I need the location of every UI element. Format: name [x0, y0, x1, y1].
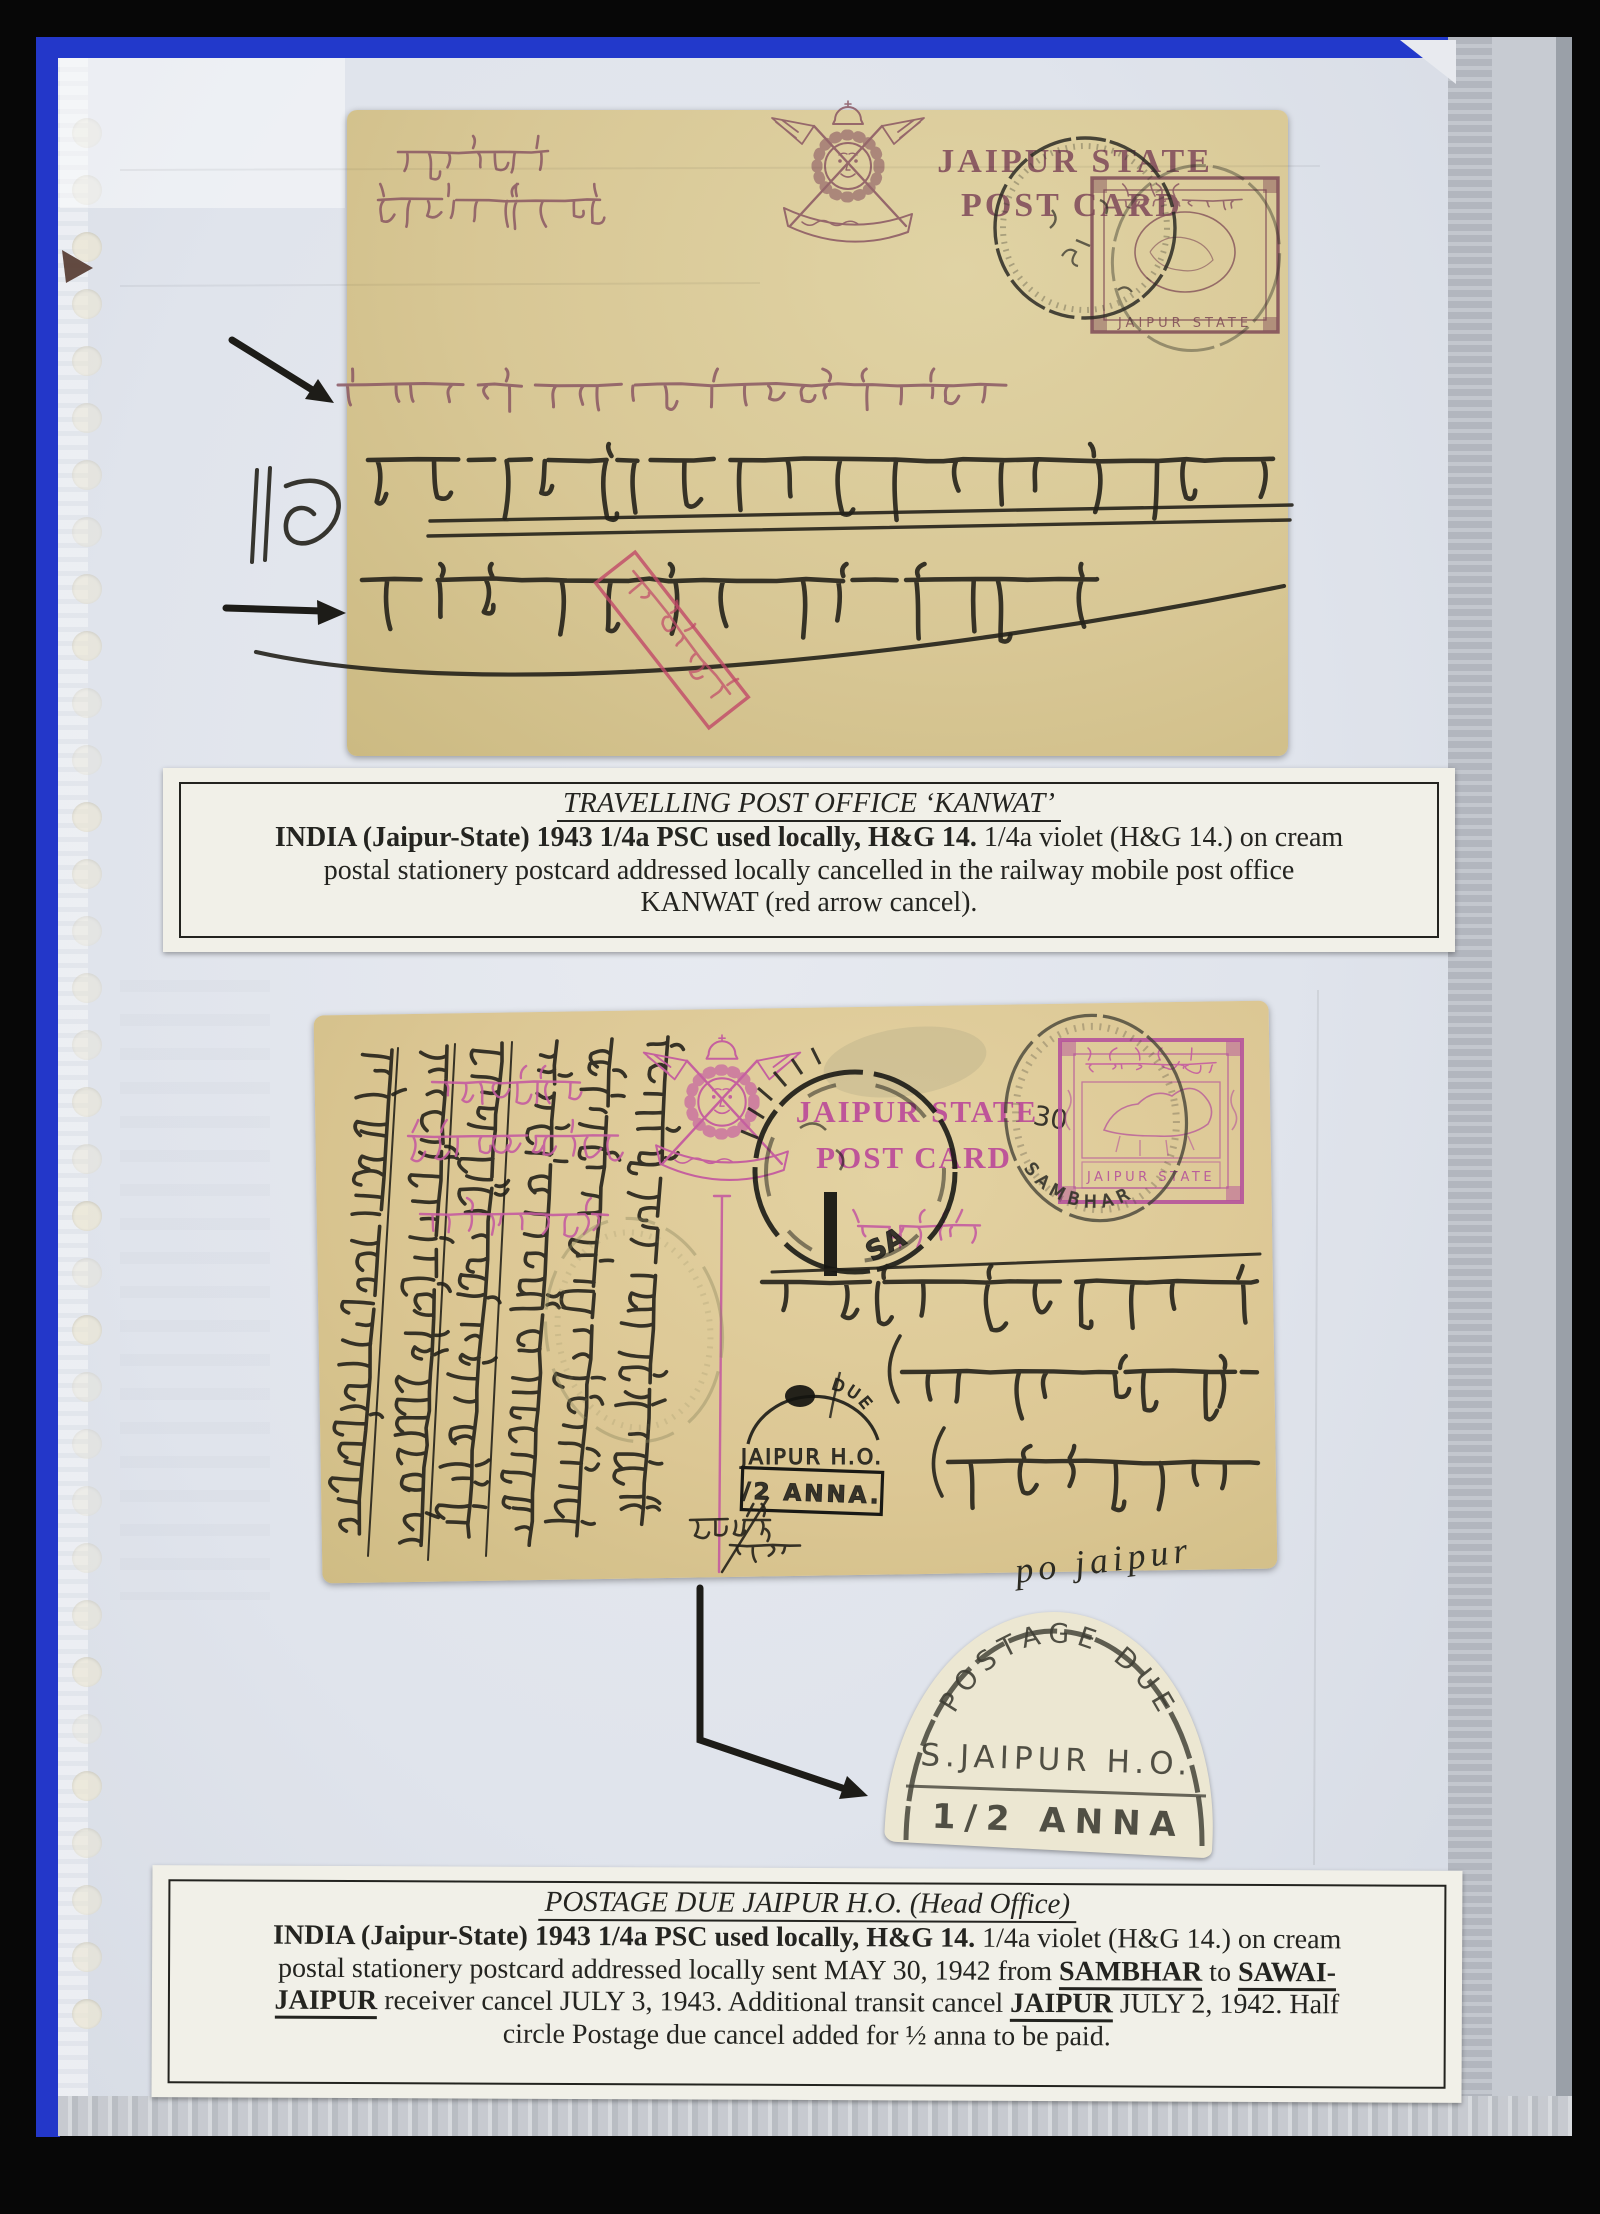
caption-1-line1-rest: 1/4a violet (H&G 14.) on cream [977, 822, 1343, 853]
punch-hole [72, 1885, 102, 1915]
punch-hole [72, 460, 102, 490]
postcard-2-sambhar [314, 1001, 1278, 1584]
caption-1-line3: KANWAT (red arrow cancel). [181, 887, 1437, 920]
punch-hole [72, 688, 102, 718]
punch-hole [72, 1999, 102, 2029]
caption-2-line3-jaipur2: JAIPUR [1010, 1988, 1113, 2022]
punch-hole [72, 1372, 102, 1402]
punch-hole [72, 745, 102, 775]
caption-label-2: POSTAGE DUE JAIPUR H.O. (Head Office) IN… [152, 1865, 1463, 2103]
caption-2-line1-bold: INDIA (Jaipur-State) 1943 1/4a PSC used … [273, 1920, 975, 1954]
punch-hole [72, 1657, 102, 1687]
punch-hole [72, 403, 102, 433]
caption-2-line3-post: JULY 2, 1942. Half [1113, 1988, 1339, 2020]
punch-hole [72, 859, 102, 889]
punch-hole [72, 1315, 102, 1345]
caption-1-line1-bold: INDIA (Jaipur-State) 1943 1/4a PSC used … [275, 822, 977, 853]
caption-2-title: POSTAGE DUE JAIPUR H.O. (Head Office) [539, 1886, 1076, 1923]
punch-hole [72, 517, 102, 547]
sleeve-edge-right [1492, 37, 1556, 2136]
caption-2-line3: JAIPUR receiver cancel JULY 3, 1943. Add… [170, 1984, 1444, 2022]
punch-hole [72, 346, 102, 376]
sleeve-edge-right-shadow [1556, 37, 1572, 2136]
caption-2-line4: circle Postage due cancel added for ½ an… [170, 2017, 1444, 2055]
caption-2-line2-sambhar: SAMBHAR [1059, 1956, 1202, 1991]
album-photo: JAIPUR STATE POST CARD JAIPUR STATE [0, 0, 1600, 2214]
caption-2-line2-pre: postal stationery postcard addressed loc… [278, 1952, 1059, 1986]
caption-2-line2-sawai: SAWAI- [1238, 1956, 1336, 1990]
punch-hole [72, 1030, 102, 1060]
caption-2-line1-rest: 1/4a violet (H&G 14.) on cream [975, 1923, 1341, 1956]
punch-hole [72, 973, 102, 1003]
punch-hole [72, 916, 102, 946]
punch-hole [72, 118, 102, 148]
binder-edge-left [36, 37, 60, 2137]
page-top-highlight [60, 58, 345, 208]
punch-hole [72, 1201, 102, 1231]
caption-1-border: TRAVELLING POST OFFICE ‘KANWAT’ INDIA (J… [179, 782, 1439, 938]
caption-2-line3-mid: receiver cancel JULY 3, 1943. Additional… [377, 1985, 1010, 2019]
caption-2-border: POSTAGE DUE JAIPUR H.O. (Head Office) IN… [168, 1879, 1447, 2089]
caption-2-line2-mid: to [1202, 1956, 1238, 1987]
caption-1-line2: postal stationery postcard addressed loc… [181, 855, 1437, 888]
caption-1-line1: INDIA (Jaipur-State) 1943 1/4a PSC used … [181, 822, 1437, 855]
punch-hole [72, 1543, 102, 1573]
punch-hole [72, 175, 102, 205]
punch-hole [72, 802, 102, 832]
punch-hole [72, 1144, 102, 1174]
punch-hole [72, 1258, 102, 1288]
sleeve-edge-right-ribbed [1448, 37, 1492, 2136]
punch-hole [72, 1714, 102, 1744]
caption-1-title: TRAVELLING POST OFFICE ‘KANWAT’ [557, 787, 1061, 822]
punch-hole [72, 1486, 102, 1516]
punch-hole [72, 1771, 102, 1801]
punch-hole [72, 232, 102, 262]
punch-hole [72, 631, 102, 661]
caption-label-1: TRAVELLING POST OFFICE ‘KANWAT’ INDIA (J… [163, 768, 1455, 952]
punch-hole [72, 1942, 102, 1972]
punch-hole [72, 1087, 102, 1117]
punch-hole [72, 1429, 102, 1459]
punch-hole [72, 1828, 102, 1858]
postcard-1-kanwat [347, 110, 1288, 756]
punch-hole [72, 289, 102, 319]
punch-hole [72, 1600, 102, 1630]
punch-hole [72, 574, 102, 604]
caption-2-line3-jaipur1: JAIPUR [275, 1985, 378, 2019]
